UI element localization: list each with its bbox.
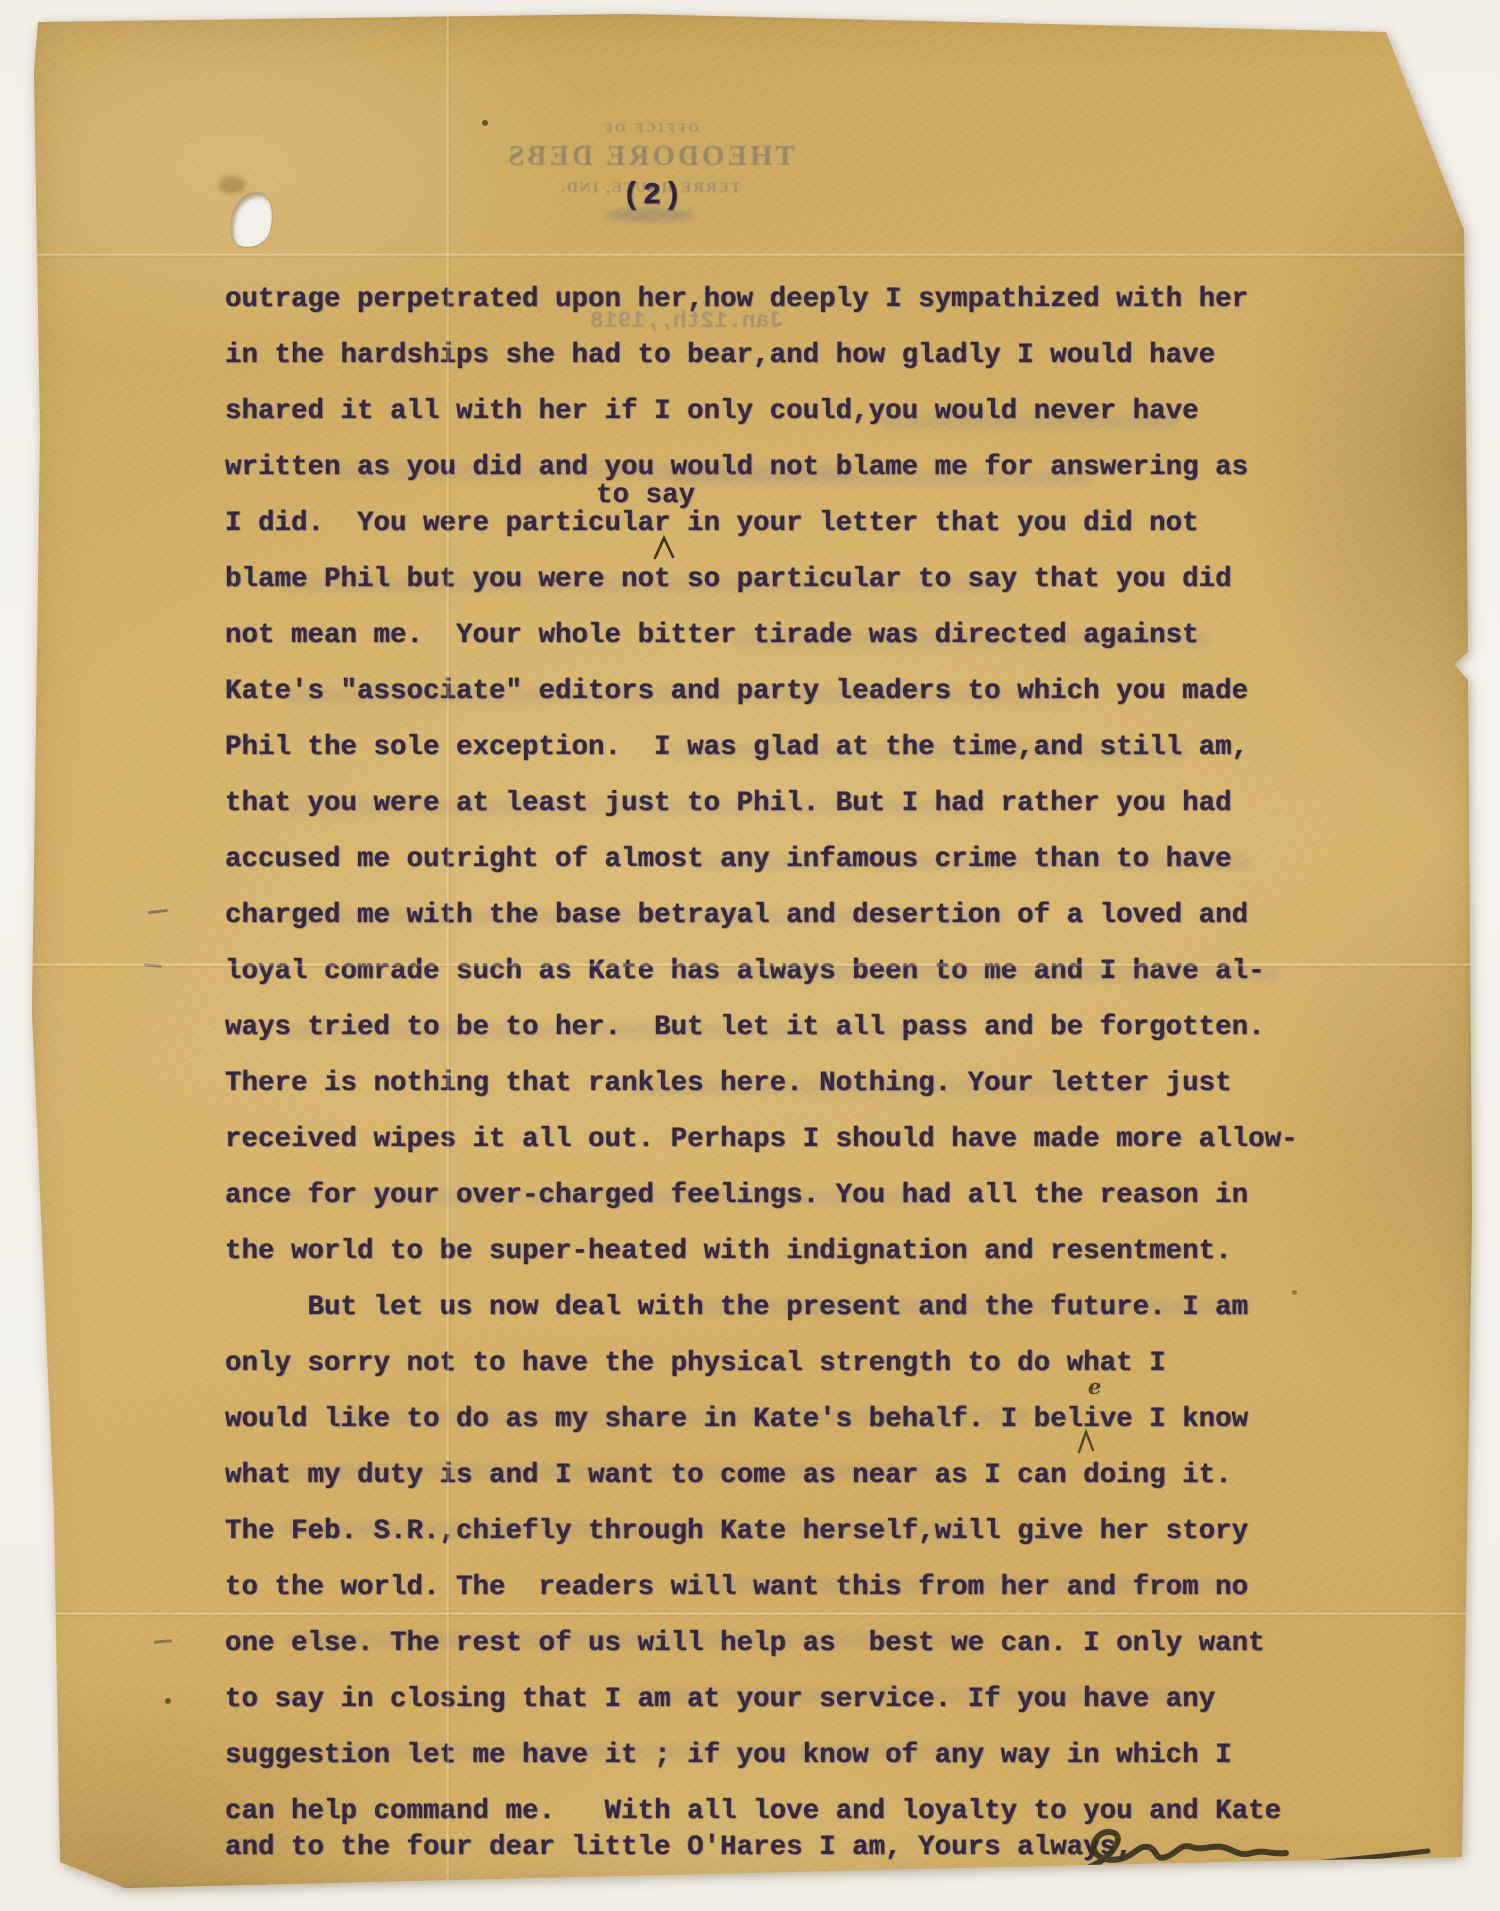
- typed-line: But let us now deal with the present and…: [225, 1280, 1375, 1336]
- fold-crease: [30, 253, 1472, 258]
- typed-line: not mean me. Your whole bitter tirade wa…: [225, 608, 1375, 664]
- typed-line: accused me outright of almost any infamo…: [225, 832, 1375, 888]
- typed-line: There is nothing that rankles here. Noth…: [225, 1056, 1375, 1112]
- typed-line: The Feb. S.R.,chiefly through Kate herse…: [225, 1504, 1375, 1560]
- typed-line: suggestion let me have it ; if you know …: [225, 1728, 1375, 1784]
- ink-speck: [482, 120, 488, 126]
- typed-line: what my duty is and I want to come as ne…: [225, 1448, 1375, 1504]
- scan-background: OFFICE OF THEODORE DEBS TERRE HAUTE, IND…: [0, 0, 1500, 1911]
- ink-speck: [1292, 1290, 1297, 1295]
- handwritten-e-correction: e: [1088, 1374, 1101, 1399]
- typed-line: Kate's "associate" editors and party lea…: [225, 664, 1375, 720]
- fold-crease: [30, 1612, 1472, 1617]
- margin-dot-mark: [165, 1698, 171, 1704]
- ghost-letterhead-office-of: OFFICE OF: [485, 120, 815, 136]
- scanned-letter-page: { "document": { "type": "typewritten let…: [0, 0, 1500, 1911]
- typed-line: blame Phil but you were not so particula…: [225, 552, 1375, 608]
- ink-speck: [552, 578, 556, 583]
- typed-line: I did. You were particular in your lette…: [225, 496, 1375, 552]
- typed-line: charged me with the base betrayal and de…: [225, 888, 1375, 944]
- margin-dash-mark: [148, 909, 168, 914]
- typed-line: ways tried to be to her. But let it all …: [225, 1000, 1375, 1056]
- ghost-letterhead-theodore-debs: THEODORE DEBS: [460, 140, 840, 173]
- letter-body: outrage perpetrated upon her,how deeply …: [225, 272, 1375, 1876]
- typed-insertion-to-say: to say: [596, 480, 695, 511]
- typed-line: only sorry not to have the physical stre…: [225, 1336, 1375, 1392]
- typed-line: one else. The rest of us will help as be…: [225, 1616, 1375, 1672]
- page-number: (2): [622, 178, 684, 213]
- fold-crease: [30, 963, 1472, 968]
- typed-line: shared it all with her if I only could,y…: [225, 384, 1375, 440]
- typed-line: ance for your over-charged feelings. You…: [225, 1168, 1375, 1224]
- typed-line: written as you did and you would not bla…: [225, 440, 1375, 496]
- typed-line: Phil the sole exception. I was glad at t…: [225, 720, 1375, 776]
- letter-paper: OFFICE OF THEODORE DEBS TERRE HAUTE, IND…: [30, 12, 1472, 1888]
- typed-line: the world to be super-heated with indign…: [225, 1224, 1375, 1280]
- typed-line: would like to do as my share in Kate's b…: [225, 1392, 1375, 1448]
- paper-hole: [226, 188, 278, 252]
- margin-dash-mark: [154, 1639, 172, 1644]
- paper-smudge: [218, 176, 246, 194]
- typed-line: that you were at least just to Phil. But…: [225, 776, 1375, 832]
- typed-line: to say in closing that I am at your serv…: [225, 1672, 1375, 1728]
- handwritten-signature: [1020, 1807, 1450, 1897]
- typed-line: outrage perpetrated upon her,how deeply …: [225, 272, 1375, 328]
- typed-line: loyal comrade such as Kate has always be…: [225, 944, 1375, 1000]
- typed-line: to the world. The readers will want this…: [225, 1560, 1375, 1616]
- typed-line: received wipes it all out. Perhaps I sho…: [225, 1112, 1375, 1168]
- pen-caret-icon: [652, 534, 676, 560]
- fold-crease: [446, 12, 451, 1888]
- pen-caret-icon: [1076, 1428, 1098, 1454]
- typed-line: in the hardships she had to bear,and how…: [225, 328, 1375, 384]
